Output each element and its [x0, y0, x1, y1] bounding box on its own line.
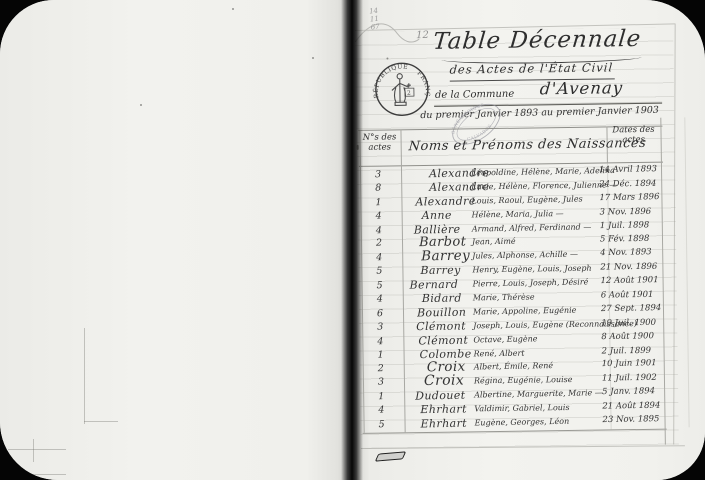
given-names: Valdimir, Gabriel, Louis	[474, 401, 569, 415]
act-date: 19 Juil. 1900	[601, 317, 656, 331]
book-gutter-shadow	[341, 0, 363, 480]
act-date: 11 Juil. 1902	[602, 372, 657, 386]
left-page-blank	[0, 0, 348, 480]
right-page-table-decennale: 14 11 67 12 RÉPUBLIQUE FRANÇAISE	[356, 0, 705, 480]
header-act-numbers: N°s des actes	[358, 132, 400, 153]
given-names: Albertine, Marguerite, Marie —	[474, 386, 603, 401]
act-number: 5	[364, 265, 394, 278]
written-sheet: 14 11 67 12 RÉPUBLIQUE FRANÇAISE	[353, 0, 705, 480]
dust-speck	[140, 104, 142, 106]
given-names: Marie, Thérèse	[473, 290, 535, 304]
document-subtitle: des Actes de l'État Civil	[449, 60, 614, 76]
surname: Alexandre	[415, 194, 475, 208]
given-names: Pierre, Louis, Joseph, Désiré	[472, 276, 588, 291]
act-number: 4	[365, 335, 395, 349]
act-date: 17 Mars 1896	[599, 191, 659, 205]
svg-text:2: 2	[407, 90, 411, 97]
surname: Ehrhart	[420, 417, 467, 431]
act-date: 2 Juil. 1899	[601, 344, 651, 358]
act-number: 3	[363, 168, 393, 182]
surname: Bouillon	[417, 306, 466, 320]
register-book-scan: 14 11 67 12 RÉPUBLIQUE FRANÇAISE	[0, 0, 705, 480]
act-number: 5	[366, 418, 396, 432]
act-number: 2	[364, 237, 394, 250]
act-date: 24 Déc. 1894	[599, 178, 656, 192]
given-names: Albert, Émile, René	[474, 360, 554, 374]
act-number: 4	[365, 292, 395, 305]
act-number: 4	[366, 404, 396, 417]
surname: Anne	[422, 208, 452, 221]
act-number: 5	[365, 279, 395, 293]
given-names: Eugène, Georges, Léon	[474, 415, 569, 430]
scanner-background: 14 11 67 12 RÉPUBLIQUE FRANÇAISE	[0, 0, 705, 480]
table-rows: 3 Alexandre Léopoldine, Hélène, Marie, A…	[359, 164, 667, 434]
pencil-numbers: 14 11 67	[369, 6, 389, 32]
pencil-line	[33, 439, 34, 462]
act-number: 1	[366, 348, 396, 361]
surname: Barrey	[421, 250, 470, 264]
act-date: 27 Sept. 1894	[601, 302, 661, 316]
act-number: 3	[365, 320, 395, 333]
act-date: 21 Août 1894	[602, 400, 660, 414]
document-title: Table Décennale	[416, 26, 658, 55]
act-number: 2	[366, 362, 396, 376]
act-number: 4	[364, 209, 394, 222]
act-number: 4	[364, 223, 394, 237]
surname: Clémont	[416, 319, 466, 333]
act-number: 6	[365, 307, 395, 321]
pencil-line	[8, 449, 66, 450]
underlying-page-edge	[684, 117, 689, 427]
act-date: 10 Juin 1901	[602, 358, 657, 372]
given-names: Louis, Raoul, Eugène, Jules	[471, 192, 582, 207]
given-names: Lucie, Hélène, Florence, Julienne —	[471, 178, 617, 193]
given-names: Armand, Alfred, Ferdinand —	[472, 220, 592, 235]
commune-name: d'Avenay	[539, 78, 624, 98]
surname: Bernard	[410, 278, 459, 292]
act-date: 3 Nov. 1896	[600, 205, 652, 219]
act-number: 1	[366, 390, 396, 404]
given-names: Régina, Eugénie, Louise	[474, 373, 573, 387]
given-names: Jean, Aimé	[472, 235, 516, 249]
header-act-dates: Dates des actes	[604, 125, 662, 146]
act-date: 6 Août 1901	[601, 289, 654, 303]
given-names: Hélène, Maria, Julia —	[472, 207, 564, 221]
bottom-scribble-mark	[375, 451, 406, 461]
act-date: 4 Nov. 1893	[600, 247, 652, 261]
act-date: 5 Janv. 1894	[602, 385, 655, 399]
ink-speck	[386, 57, 388, 59]
given-names: Octave, Eugène	[473, 332, 537, 346]
act-number: 1	[363, 196, 393, 210]
given-names: Henry, Eugène, Louis, Joseph	[472, 262, 591, 277]
surname: Croix	[424, 375, 464, 389]
act-date: 8 Août 1900	[601, 330, 654, 344]
surname: Barrey	[420, 264, 460, 278]
act-date: 12 Août 1901	[600, 274, 658, 288]
dust-speck	[232, 8, 234, 10]
pencil-line	[84, 328, 85, 424]
act-date: 5 Fév. 1898	[600, 233, 650, 247]
surname: Ehrhart	[420, 403, 467, 417]
act-date: 23 Nov. 1895	[602, 413, 659, 427]
given-names: René, Albert	[473, 346, 524, 360]
surname: Clémont	[418, 333, 468, 347]
pencil-line	[20, 474, 66, 475]
surname: Dudouet	[415, 389, 466, 403]
act-date: 21 Nov. 1896	[600, 261, 657, 275]
act-date: 14 Avril 1893	[599, 163, 657, 177]
given-names: Léopoldine, Hélène, Marie, Adelina	[471, 164, 615, 180]
act-number: 3	[366, 376, 396, 389]
act-date: 1 Juil. 1898	[600, 219, 650, 233]
act-number: 4	[364, 251, 394, 265]
pencil-line	[84, 421, 118, 422]
given-names: Marie, Appoline, Eugénie	[473, 304, 577, 319]
act-number: 8	[363, 181, 393, 194]
surname: Bidard	[422, 291, 462, 305]
dust-speck	[312, 57, 314, 59]
given-names: Jules, Alphonse, Achille —	[472, 248, 578, 263]
